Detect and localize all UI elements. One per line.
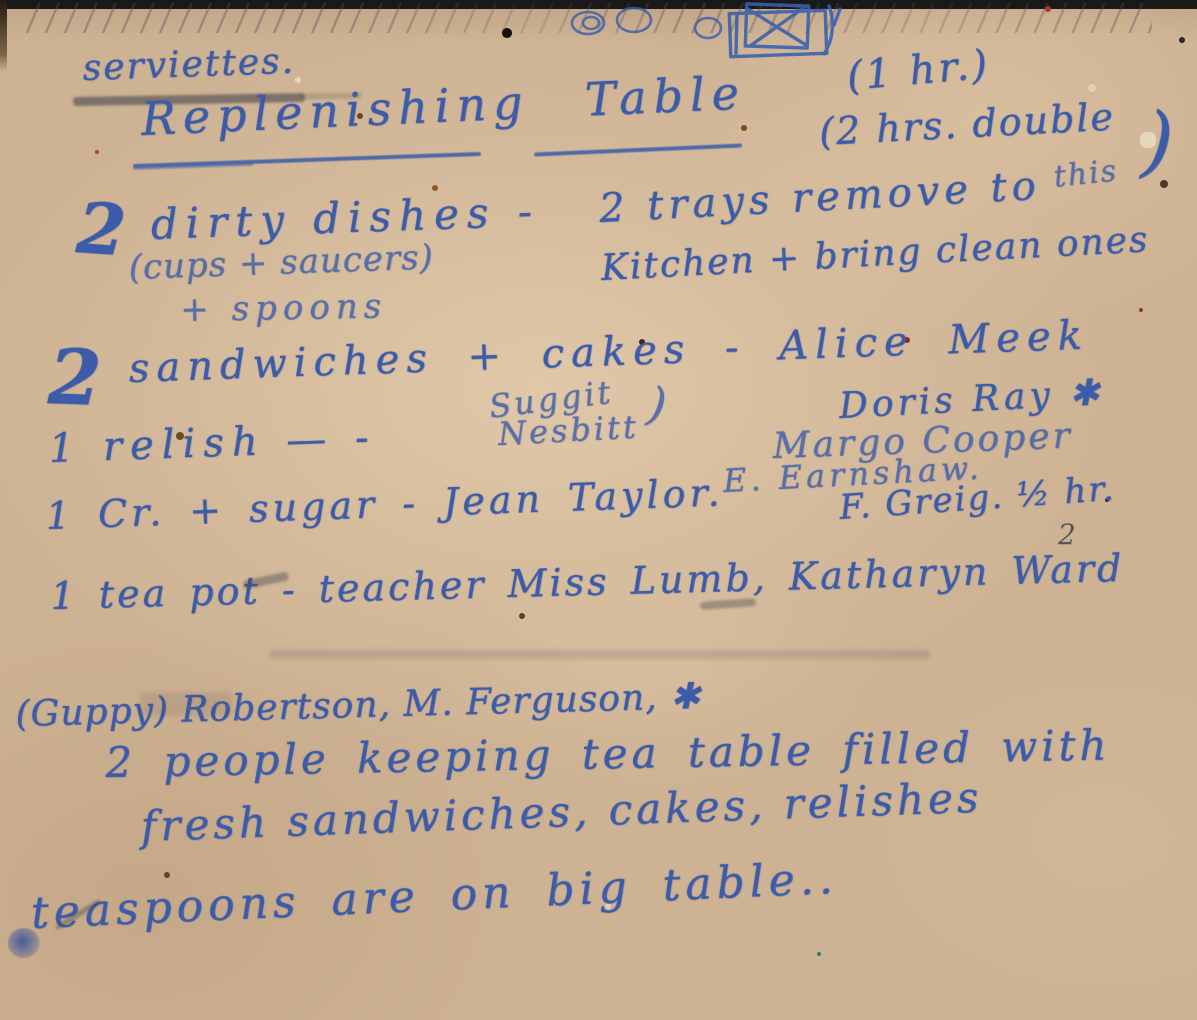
item-kitchen-note: Kitchen + bring clean ones <box>600 219 1150 289</box>
sandwiches-quantity: 2 <box>47 332 103 423</box>
scan-left-edge <box>0 0 7 72</box>
helper-flourish: ) <box>644 376 669 432</box>
body-line-fresh-items: fresh sandwiches, cakes, relishes <box>140 773 983 851</box>
item-cream-sugar: 1 Cr. + sugar - Jean Taylor. <box>45 470 724 538</box>
pencil-smudge-line <box>270 650 930 659</box>
helper-name-nesbitt: Nesbitt <box>497 408 640 453</box>
pencil-two-annotation: 2 <box>1058 518 1076 551</box>
footer-teaspoons-line: teaspoons are on big table.. <box>30 853 839 939</box>
title-underline-2 <box>534 143 742 156</box>
timing-two-hours: (2 hrs. double <box>818 95 1116 154</box>
dishes-quantity: 2 <box>74 186 128 272</box>
timing-one-hour: (1 hr.) <box>845 41 992 99</box>
item-spoons: + spoons <box>180 286 387 330</box>
timing-this-word: this <box>1052 153 1120 195</box>
three-circles-doodle-icon <box>558 4 738 54</box>
handwritten-note-paper: serviettes. Replenishing Table (1 hr.) (… <box>0 0 1197 1020</box>
pencil-overwrite <box>140 692 232 716</box>
supply-helpers-line: (Guppy) Robertson, M. Ferguson, ✱ <box>15 676 702 735</box>
item-dishes-trays: 2 trays remove to <box>598 163 1042 232</box>
crossed-box-envelope-doodle-icon <box>722 1 857 61</box>
item-teapot: 1 tea pot - teacher Miss Lumb, Katharyn … <box>50 546 1125 618</box>
timing-close-paren: ) <box>1140 96 1177 188</box>
paper-specks <box>0 0 4 4</box>
item-relish: 1 relish — - <box>48 415 377 472</box>
ink-blot <box>8 928 40 958</box>
serviettes-label: serviettes. <box>82 41 296 89</box>
